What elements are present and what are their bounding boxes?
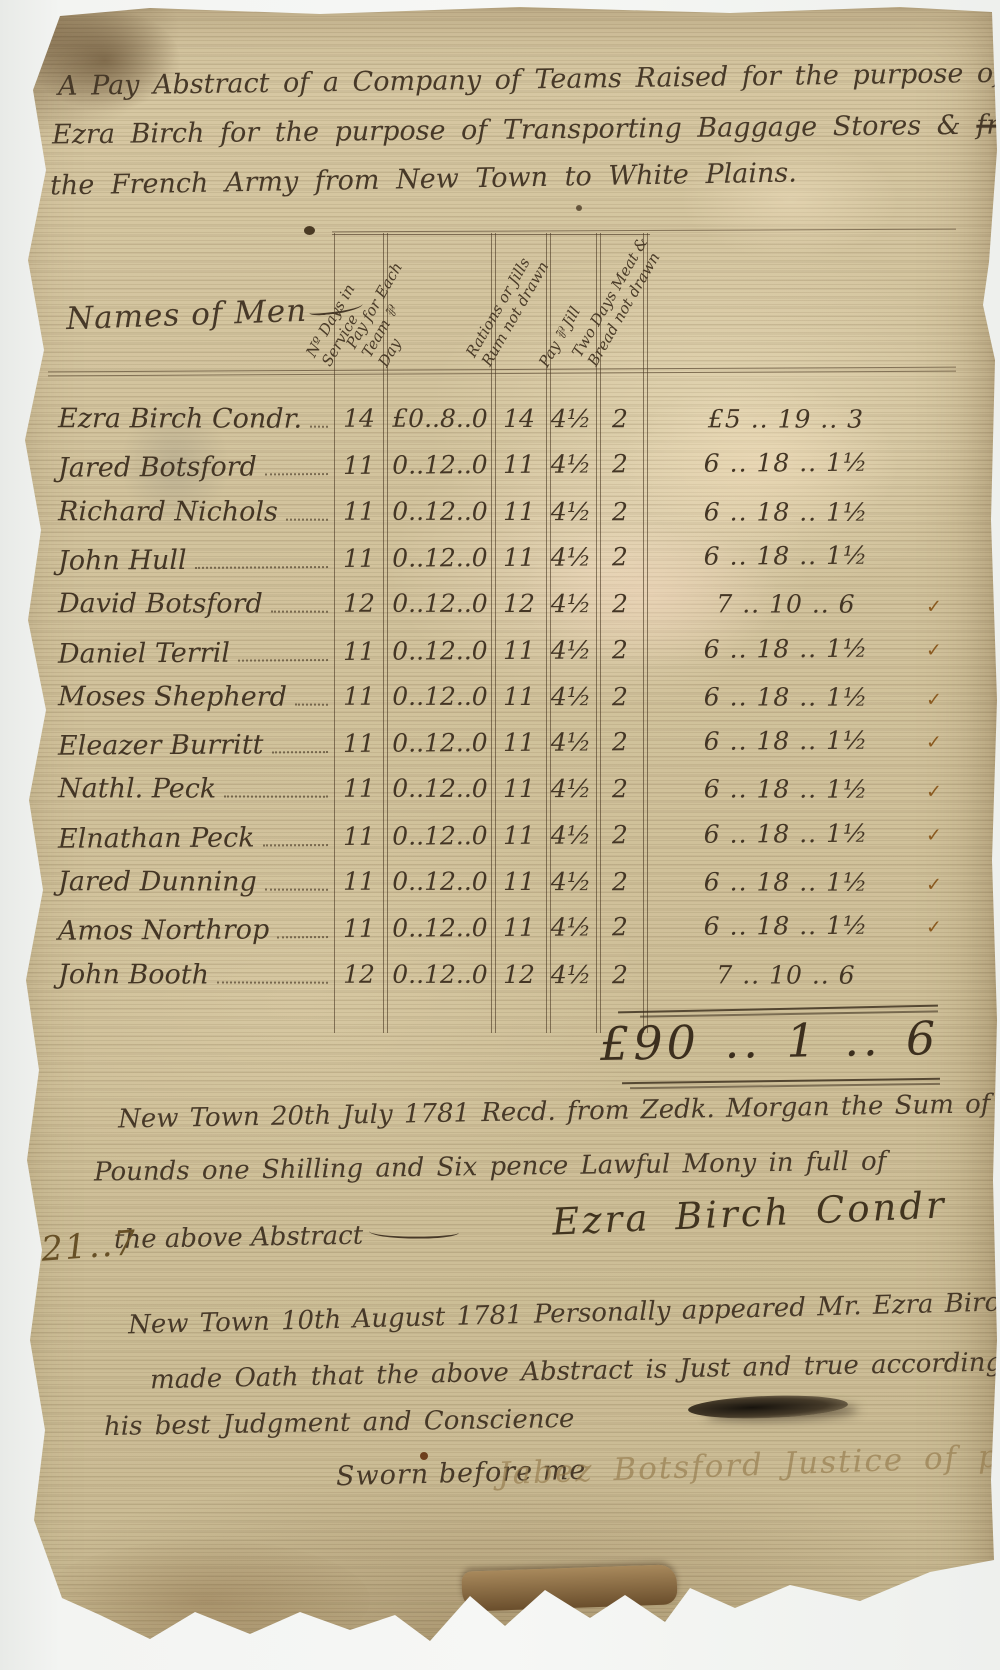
- dotted-leader: [238, 659, 328, 662]
- struck-word: from: [976, 109, 1000, 141]
- row-pay-per-team: 0..12..0: [390, 959, 490, 988]
- ezra-birch-signature: Ezra Birch Condr: [551, 1183, 947, 1243]
- table-row: John Booth 12 0..12..0 12 4½ 2 7 .. 10 .…: [0, 959, 1000, 1003]
- table-row: Moses Shepherd 11 0..12..0 11 4½ 2 6 .. …: [0, 681, 1000, 725]
- check-mark: ✓: [926, 639, 942, 661]
- oath-line-2: made Oath that the above Abstract is Jus…: [150, 1347, 1000, 1396]
- row-meat-bread: 2: [598, 727, 642, 756]
- row-days-in-service: 12: [336, 959, 382, 988]
- row-rations: 12: [494, 589, 544, 618]
- dotted-leader: [265, 473, 328, 475]
- row-rations: 11: [494, 682, 544, 711]
- row-pay-per-jill: 4½: [548, 404, 594, 433]
- row-rations: 14: [494, 404, 544, 433]
- row-name: Daniel Terril: [58, 637, 332, 670]
- row-days-in-service: 11: [336, 774, 382, 803]
- dotted-leader: [217, 981, 328, 983]
- row-rations: 11: [494, 728, 544, 757]
- row-pay-per-team: 0..12..0: [390, 450, 490, 480]
- check-mark: ✓: [926, 874, 942, 896]
- receipt-line-1: New Town 20th July 1781 Recd. from Zedk.…: [118, 1088, 1000, 1135]
- row-pay-per-jill: 4½: [548, 913, 594, 942]
- row-name: John Hull: [58, 544, 332, 577]
- row-days-in-service: 11: [336, 451, 382, 480]
- row-pay-per-team: 0..12..0: [390, 589, 490, 618]
- torn-flap: [461, 1564, 677, 1611]
- row-pay-per-team: 0..12..0: [390, 636, 490, 666]
- row-pay-per-jill: 4½: [548, 450, 594, 479]
- row-name: Nathl. Peck: [58, 774, 332, 805]
- row-pay-per-jill: 4½: [548, 774, 594, 803]
- row-total: 6 .. 18 .. 1½: [650, 448, 922, 479]
- row-pay-per-team: £0..8..0: [390, 404, 490, 433]
- row-days-in-service: 11: [336, 729, 382, 758]
- row-rations: 11: [494, 867, 544, 896]
- row-pay-per-team: 0..12..0: [390, 913, 490, 943]
- row-meat-bread: 2: [598, 912, 642, 941]
- row-total: 6 .. 18 .. 1½: [650, 867, 922, 896]
- row-pay-per-team: 0..12..0: [390, 543, 490, 573]
- check-mark: ✓: [926, 731, 942, 753]
- check-mark: ✓: [926, 781, 942, 803]
- row-days-in-service: 14: [336, 404, 382, 433]
- row-pay-per-jill: 4½: [548, 497, 594, 526]
- row-name: Richard Nichols: [58, 496, 332, 527]
- row-days-in-service: 11: [336, 636, 382, 665]
- row-name: John Booth: [58, 959, 332, 990]
- dotted-leader: [263, 844, 328, 846]
- dotted-leader: [195, 566, 328, 569]
- ink-blot: [576, 205, 582, 211]
- oath-line-3: his best Judgment and Conscience: [104, 1404, 575, 1442]
- row-rations: 11: [494, 774, 544, 803]
- row-rations: 11: [494, 913, 544, 942]
- row-rations: 11: [494, 450, 544, 479]
- receipt-line-3: the above Abstract: [114, 1219, 460, 1255]
- check-mark: ✓: [926, 917, 942, 939]
- row-days-in-service: 11: [336, 867, 382, 896]
- row-days-in-service: 11: [336, 914, 382, 943]
- scanned-document-page: A Pay Abstract of a Company of Teams Rai…: [0, 0, 1000, 1670]
- row-pay-per-jill: 4½: [548, 682, 594, 711]
- table-row: Eleazer Burritt 11 0..12..0 11 4½ 2 6 ..…: [0, 725, 1000, 773]
- row-total: 6 .. 18 .. 1½: [650, 775, 922, 804]
- table-row: Daniel Terril 11 0..12..0 11 4½ 2 6 .. 1…: [0, 632, 1000, 680]
- row-name: Jared Botsford: [58, 451, 332, 484]
- row-total: 6 .. 18 .. 1½: [650, 497, 922, 526]
- dotted-leader: [271, 611, 328, 613]
- receipt-line-2: Pounds one Shilling and Six pence Lawful…: [94, 1146, 887, 1187]
- row-name: Elnathan Peck: [58, 822, 332, 855]
- row-meat-bread: 2: [598, 497, 642, 526]
- ink-smear: [688, 1393, 849, 1421]
- dotted-leader: [310, 426, 328, 428]
- dotted-leader: [277, 936, 328, 938]
- dotted-leader: [272, 751, 329, 753]
- row-pay-per-jill: 4½: [548, 635, 594, 664]
- row-name: Moses Shepherd: [58, 681, 332, 712]
- row-meat-bread: 2: [598, 682, 642, 711]
- table-row: David Botsford 12 0..12..0 12 4½ 2 7 .. …: [0, 588, 1000, 632]
- row-total: 6 .. 18 .. 1½: [650, 540, 922, 571]
- dotted-leader: [286, 518, 328, 520]
- dotted-leader: [295, 703, 328, 705]
- row-pay-per-jill: 4½: [548, 589, 594, 618]
- row-total: 6 .. 18 .. 1½: [650, 682, 922, 711]
- row-pay-per-jill: 4½: [548, 728, 594, 757]
- paper-stain: [40, 1540, 370, 1660]
- row-pay-per-team: 0..12..0: [390, 774, 490, 803]
- row-total: 6 .. 18 .. 1½: [650, 911, 922, 942]
- row-days-in-service: 11: [336, 682, 382, 711]
- row-pay-per-jill: 4½: [548, 542, 594, 571]
- title-line-3: the French Army from New Town to White P…: [50, 157, 797, 201]
- row-total: 7 .. 10 .. 6: [650, 960, 922, 989]
- row-pay-per-team: 0..12..0: [390, 867, 490, 896]
- margin-notation: 1621..7: [0, 1223, 139, 1273]
- table-row: Amos Northrop 11 0..12..0 11 4½ 2 6 .. 1…: [0, 910, 1000, 958]
- row-meat-bread: 2: [598, 449, 642, 478]
- row-total: 6 .. 18 .. 1½: [650, 818, 922, 849]
- row-pay-per-jill: 4½: [548, 867, 594, 896]
- row-name: Jared Dunning: [58, 866, 332, 897]
- row-rations: 11: [494, 635, 544, 664]
- row-meat-bread: 2: [598, 820, 642, 849]
- title-line-2: Ezra Birch for the purpose of Transporti…: [52, 109, 1000, 151]
- row-total: 7 .. 10 .. 6: [650, 589, 922, 618]
- row-meat-bread: 2: [598, 960, 642, 989]
- dotted-leader: [224, 796, 328, 798]
- total-rule-bottom-2: [630, 1083, 940, 1089]
- row-pay-per-team: 0..12..0: [390, 821, 490, 851]
- row-meat-bread: 2: [598, 542, 642, 571]
- row-pay-per-team: 0..12..0: [390, 682, 490, 711]
- row-meat-bread: 2: [598, 867, 642, 896]
- justice-signature: Jabez Botsford Justice of peace: [498, 1436, 1000, 1492]
- table-row: Jared Botsford 11 0..12..0 11 4½ 2 6 .. …: [0, 447, 1000, 495]
- row-rations: 11: [494, 497, 544, 526]
- table-row: Jared Dunning 11 0..12..0 11 4½ 2 6 .. 1…: [0, 866, 1000, 910]
- row-pay-per-jill: 4½: [548, 820, 594, 849]
- ink-blot: [304, 226, 315, 235]
- oath-line-1: New Town 10th August 1781 Personally app…: [128, 1286, 1000, 1341]
- row-meat-bread: 2: [598, 635, 642, 664]
- dotted-leader: [265, 889, 328, 891]
- title-line-1: A Pay Abstract of a Company of Teams Rai…: [58, 57, 1000, 102]
- grand-total: £90 .. 1 .. 6: [600, 1011, 940, 1071]
- row-name: Amos Northrop: [58, 914, 332, 947]
- row-meat-bread: 2: [598, 589, 642, 618]
- row-pay-per-jill: 4½: [548, 960, 594, 989]
- row-days-in-service: 11: [336, 821, 382, 850]
- column-header-meat-bread: Two Days Meat & Bread not drawn: [568, 234, 667, 370]
- row-total: 6 .. 18 .. 1½: [650, 726, 922, 757]
- row-days-in-service: 12: [336, 589, 382, 618]
- row-name: Eleazer Burritt: [58, 729, 332, 762]
- table-row: Richard Nichols 11 0..12..0 11 4½ 2 6 ..…: [0, 496, 1000, 540]
- title-line-2-text: Ezra Birch for the purpose of Transporti…: [52, 110, 961, 151]
- check-mark: ✓: [926, 824, 942, 846]
- check-mark: ✓: [926, 596, 942, 618]
- row-rations: 11: [494, 820, 544, 849]
- table-row: Ezra Birch Condr. 14 £0..8..0 14 4½ 2 £5…: [0, 403, 1000, 447]
- table-row: Nathl. Peck 11 0..12..0 11 4½ 2 6 .. 18 …: [0, 774, 1000, 818]
- row-name: David Botsford: [58, 588, 332, 619]
- row-pay-per-team: 0..12..0: [390, 496, 490, 525]
- row-rations: 11: [494, 543, 544, 572]
- table-row: Elnathan Peck 11 0..12..0 11 4½ 2 6 .. 1…: [0, 818, 1000, 866]
- row-pay-per-team: 0..12..0: [390, 728, 490, 758]
- table-row: John Hull 11 0..12..0 11 4½ 2 6 .. 18 ..…: [0, 540, 1000, 588]
- row-days-in-service: 11: [336, 496, 382, 525]
- row-total: £5 .. 19 .. 3: [650, 404, 922, 433]
- row-days-in-service: 11: [336, 544, 382, 573]
- row-name: Ezra Birch Condr.: [58, 403, 332, 434]
- paper-sheet: A Pay Abstract of a Company of Teams Rai…: [0, 0, 1000, 1670]
- row-meat-bread: 2: [598, 775, 642, 804]
- row-rations: 12: [494, 960, 544, 989]
- row-total: 6 .. 18 .. 1½: [650, 633, 922, 664]
- check-mark: ✓: [926, 689, 942, 711]
- row-meat-bread: 2: [598, 404, 642, 433]
